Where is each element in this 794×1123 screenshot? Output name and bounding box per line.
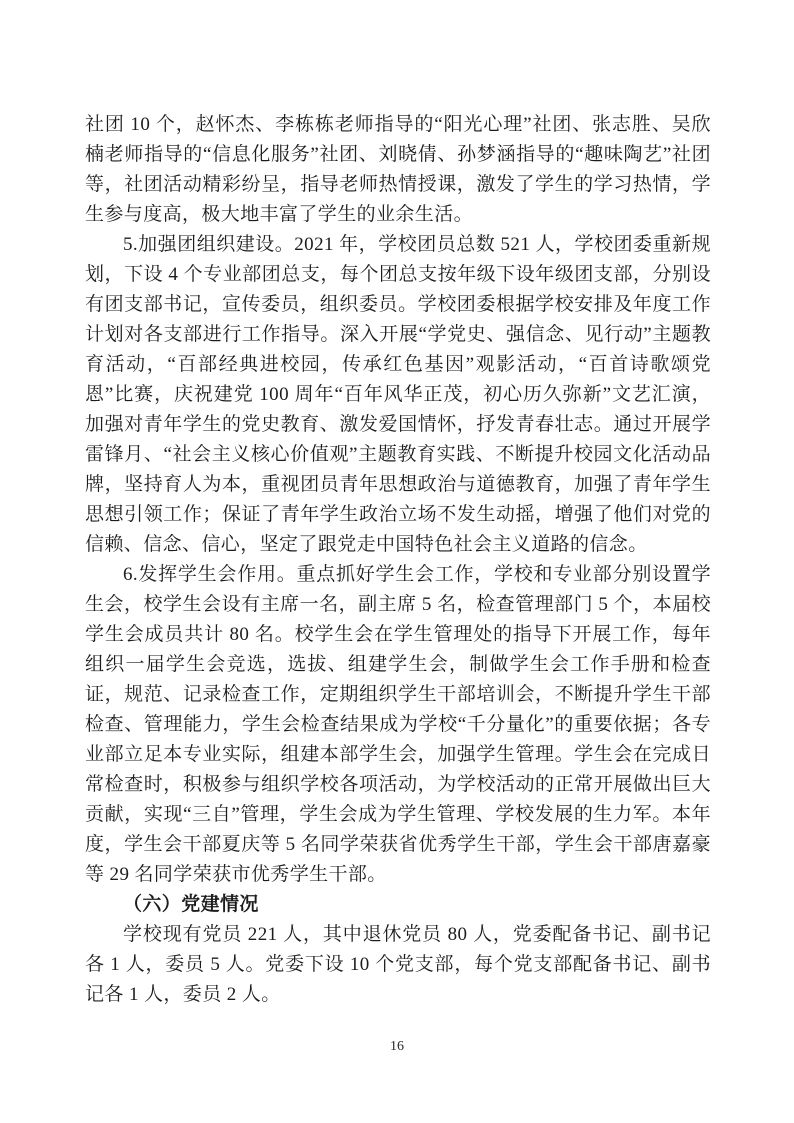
paragraph-clubs-continuation: 社团 10 个，赵怀杰、李栋栋老师指导的“阳光心理”社团、张志胜、吴欣楠老师指导… <box>85 110 711 230</box>
page-body: 社团 10 个，赵怀杰、李栋栋老师指导的“阳光心理”社团、张志胜、吴欣楠老师指导… <box>85 110 711 1010</box>
paragraph-party-members: 学校现有党员 221 人，其中退休党员 80 人，党委配备书记、副书记各 1 人… <box>85 920 711 1010</box>
paragraph-student-union: 6.发挥学生会作用。重点抓好学生会工作，学校和专业部分别设置学生会，校学生会设有… <box>85 560 711 890</box>
section-heading-party-building: （六）党建情况 <box>85 890 711 920</box>
page-number: 16 <box>0 1037 794 1057</box>
document-page: 社团 10 个，赵怀杰、李栋栋老师指导的“阳光心理”社团、张志胜、吴欣楠老师指导… <box>0 0 794 1123</box>
paragraph-league-organization: 5.加强团组织建设。2021 年，学校团员总数 521 人，学校团委重新规划，下… <box>85 230 711 560</box>
